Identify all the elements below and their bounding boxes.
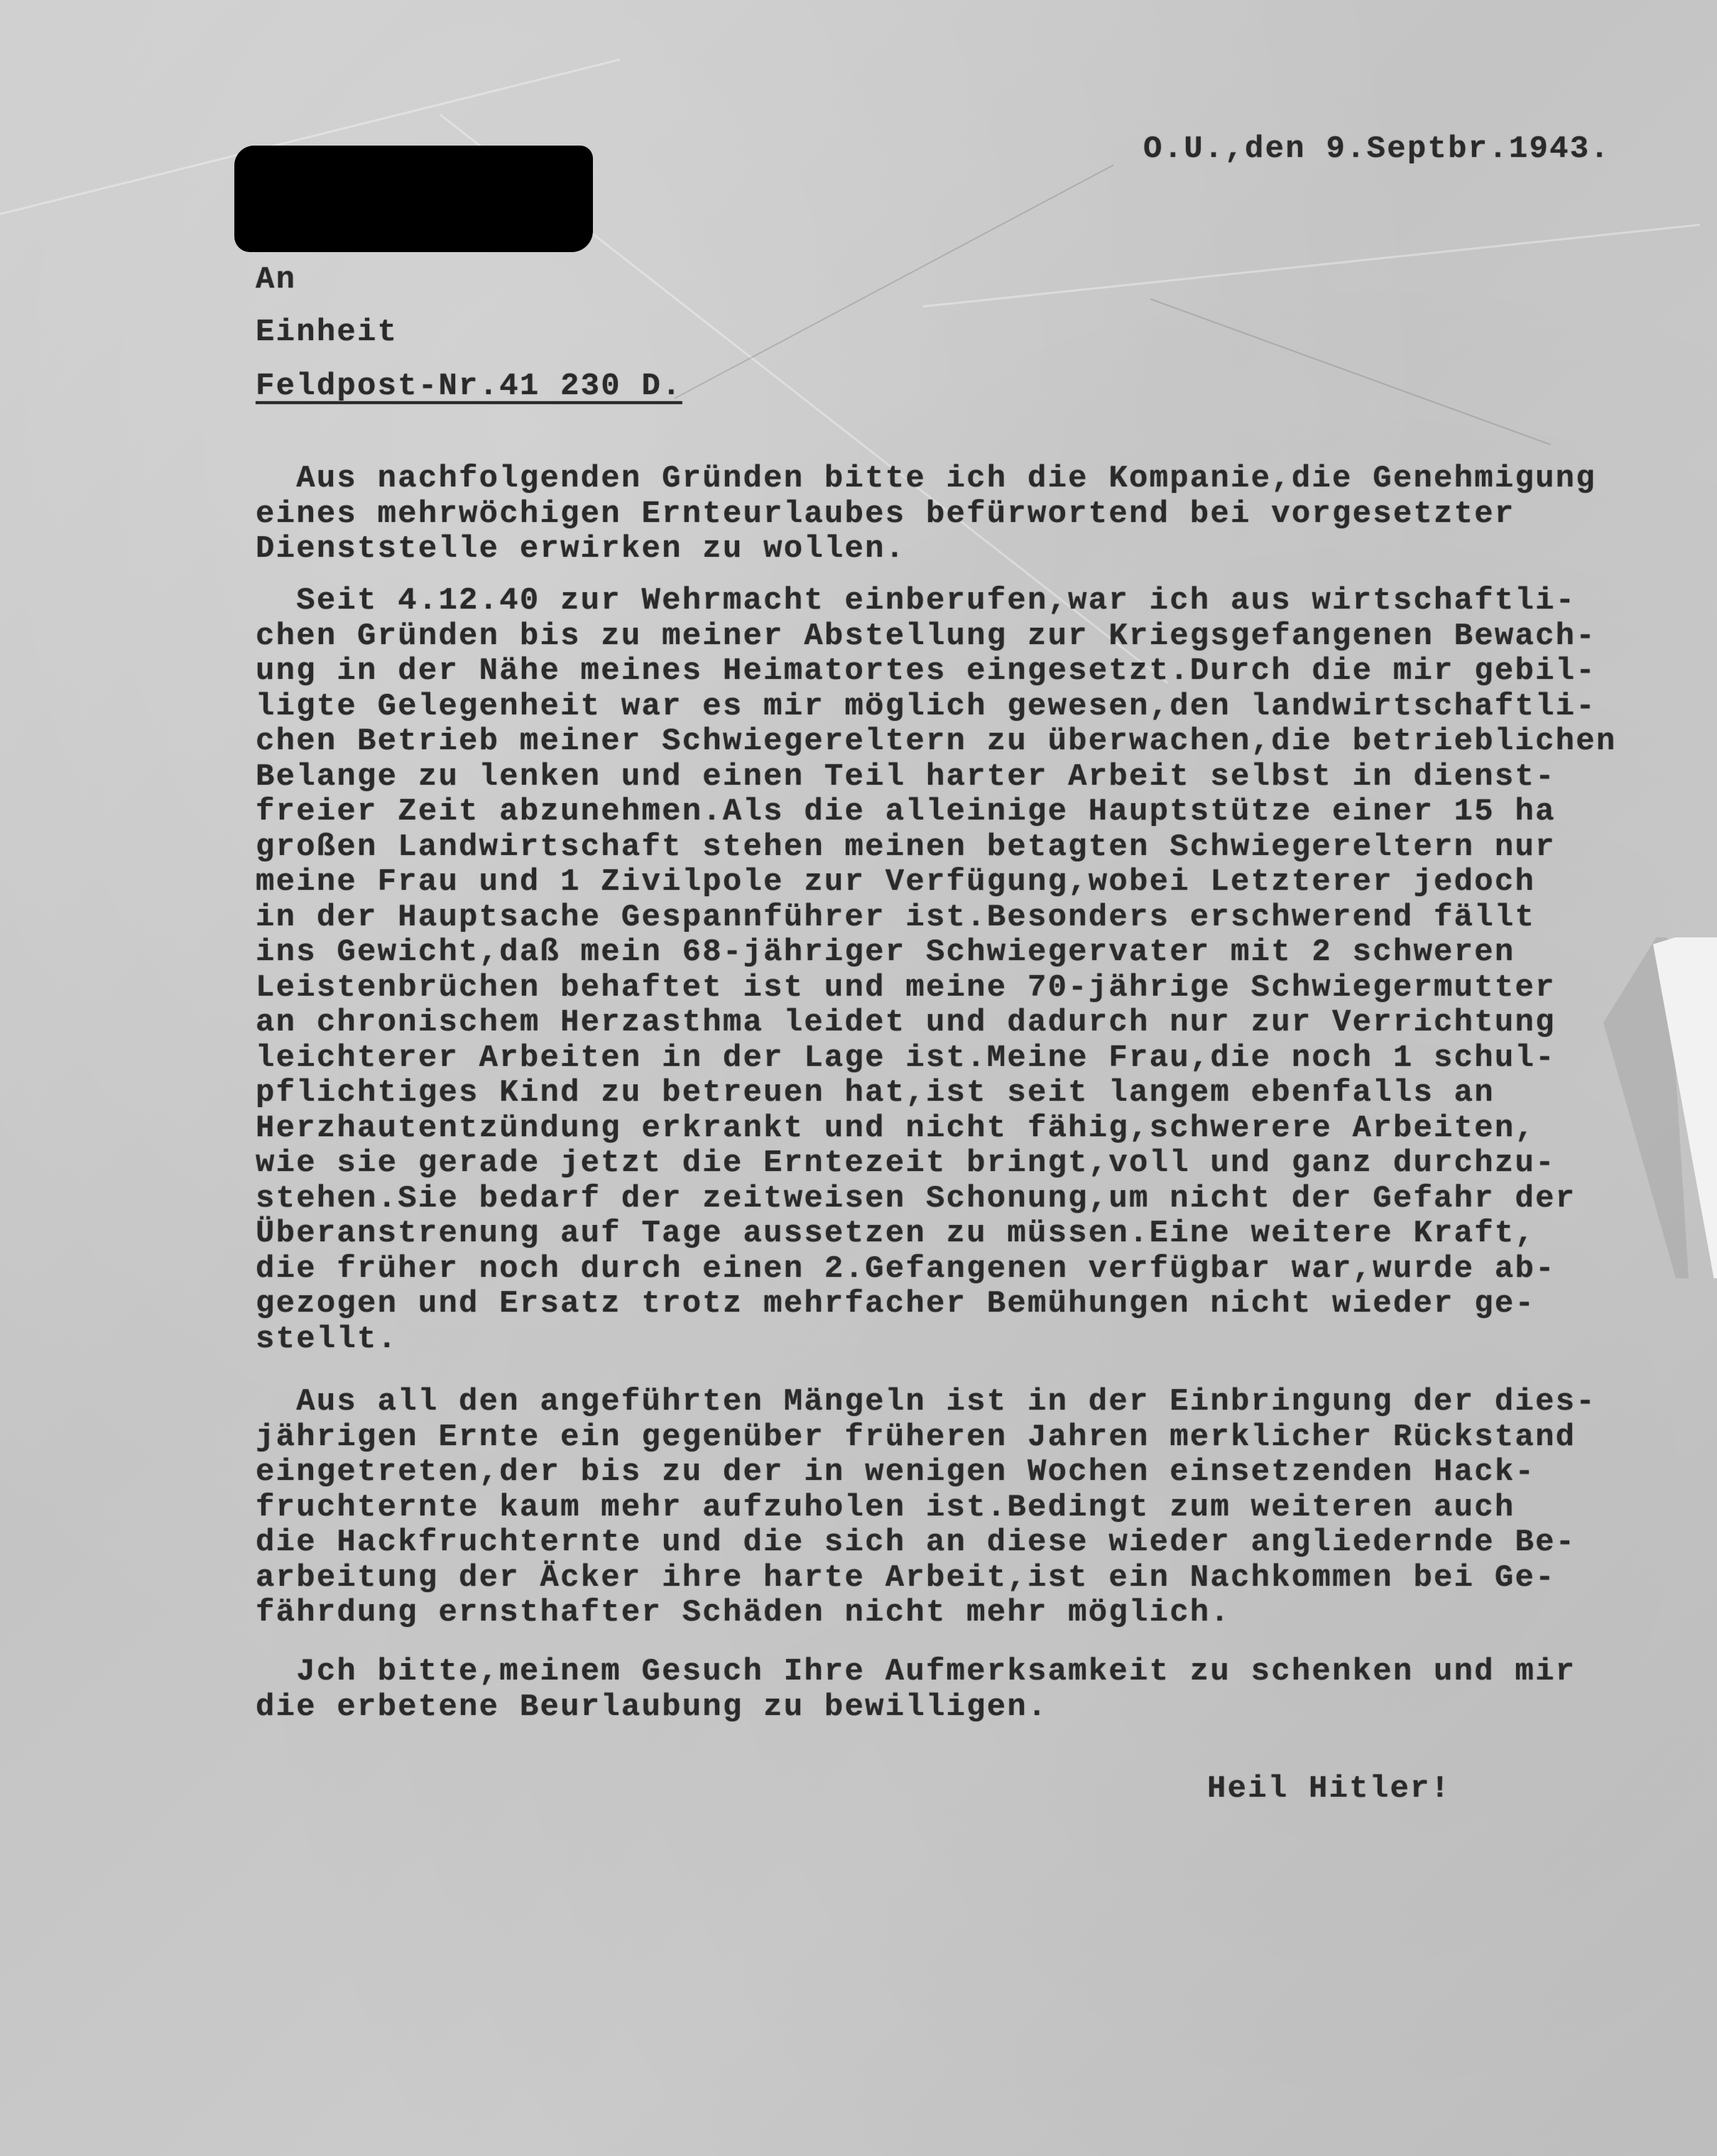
text-line: Dienststelle erwirken zu wollen. [256, 532, 1596, 567]
text-line: Überanstrenung auf Tage aussetzen zu müs… [256, 1216, 1617, 1252]
text-line: eingetreten,der bis zu der in wenigen Wo… [256, 1455, 1596, 1491]
text-line: pflichtiges Kind zu betreuen hat,ist sei… [256, 1076, 1617, 1111]
text-line: stehen.Sie bedarf der zeitweisen Schonun… [256, 1182, 1617, 1217]
paragraph-harvest-backlog: Aus all den angeführten Mängeln ist in d… [256, 1385, 1596, 1631]
paragraph-closing-request: Jch bitte,meinem Gesuch Ihre Aufmerksamk… [256, 1655, 1576, 1725]
closing-salutation: Heil Hitler! [1207, 1772, 1451, 1807]
text-line: Leistenbrüchen behaftet ist und meine 70… [256, 971, 1617, 1006]
paragraph-circumstances: Seit 4.12.40 zur Wehrmacht einberufen,wa… [256, 584, 1617, 1357]
text-line: Herzhautentzündung erkrankt und nicht fä… [256, 1111, 1617, 1147]
text-line: leichterer Arbeiten in der Lage ist.Mein… [256, 1041, 1617, 1077]
text-line: Belange zu lenken und einen Teil harter … [256, 760, 1617, 795]
text-line: ligte Gelegenheit war es mir möglich gew… [256, 690, 1617, 725]
recipient-feldpost-number: Feldpost-Nr.41 230 D. [256, 369, 682, 404]
recipient-line-an: An [256, 263, 296, 298]
text-line: an chronischem Herzasthma leidet und dad… [256, 1006, 1617, 1041]
text-line: arbeitung der Äcker ihre harte Arbeit,is… [256, 1561, 1596, 1596]
text-line: meine Frau und 1 Zivilpole zur Verfügung… [256, 865, 1617, 900]
text-line: Seit 4.12.40 zur Wehrmacht einberufen,wa… [256, 584, 1617, 619]
text-line: fruchternte kaum mehr aufzuholen ist.Bed… [256, 1491, 1596, 1526]
text-line: chen Gründen bis zu meiner Abstellung zu… [256, 619, 1617, 655]
text-line: die Hackfruchternte und die sich an dies… [256, 1525, 1596, 1561]
redacted-sender-block [234, 146, 593, 252]
text-line: gezogen und Ersatz trotz mehrfacher Bemü… [256, 1287, 1617, 1322]
text-line: stellt. [256, 1322, 1617, 1358]
paragraph-request: Aus nachfolgenden Gründen bitte ich die … [256, 462, 1596, 567]
text-line: ins Gewicht,daß mein 68-jähriger Schwieg… [256, 935, 1617, 971]
text-line: chen Betrieb meiner Schwiegereltern zu ü… [256, 724, 1617, 760]
text-line: die erbetene Beurlaubung zu bewilligen. [256, 1690, 1576, 1726]
text-line: Jch bitte,meinem Gesuch Ihre Aufmerksamk… [256, 1655, 1576, 1690]
text-line: fährdung ernsthafter Schäden nicht mehr … [256, 1596, 1596, 1631]
text-line: eines mehrwöchigen Ernteurlaubes befürwo… [256, 497, 1596, 533]
text-line: die früher noch durch einen 2.Gefangenen… [256, 1252, 1617, 1287]
text-line: ung in der Nähe meines Heimatortes einge… [256, 654, 1617, 690]
text-line: Aus all den angeführten Mängeln ist in d… [256, 1385, 1596, 1420]
recipient-line-unit: Einheit [256, 315, 398, 350]
text-line: großen Landwirtschaft stehen meinen beta… [256, 830, 1617, 866]
text-line: freier Zeit abzunehmen.Als die alleinige… [256, 795, 1617, 830]
letter-date: O.U.,den 9.Septbr.1943. [1143, 132, 1610, 167]
text-line: wie sie gerade jetzt die Erntezeit bring… [256, 1146, 1617, 1182]
text-line: in der Hauptsache Gespannführer ist.Beso… [256, 900, 1617, 936]
text-line: jährigen Ernte ein gegenüber früheren Ja… [256, 1420, 1596, 1456]
text-line: Aus nachfolgenden Gründen bitte ich die … [256, 462, 1596, 497]
